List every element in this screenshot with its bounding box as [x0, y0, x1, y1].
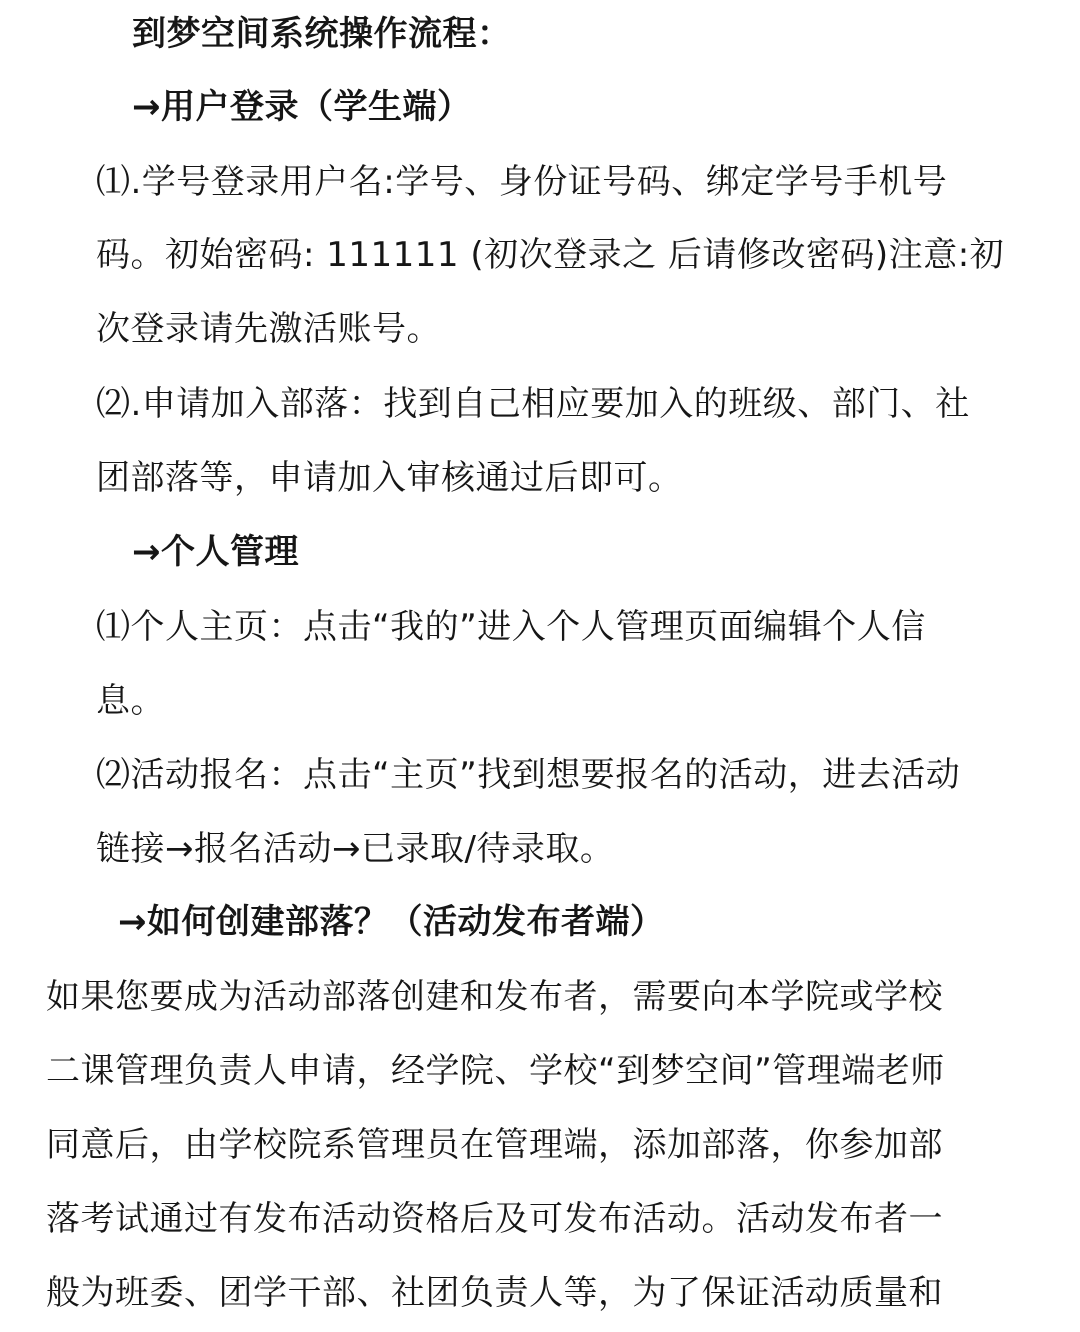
paragraph-line: ⑵.申请加入部落：找到自己相应要加入的班级、部门、社 — [96, 382, 970, 426]
paragraph-line: 息。 — [96, 679, 165, 723]
paragraph-line: ⑴个人主页：点击“我的”进入个人管理页面编辑个人信 — [96, 605, 926, 649]
section-heading-user-login: →用户登录（学生端） — [132, 85, 472, 129]
paragraph-line: ⑵活动报名：点击“主页”找到想要报名的活动，进去活动 — [96, 753, 960, 797]
section-heading-personal-management: →个人管理 — [132, 530, 299, 574]
paragraph-line: 链接→报名活动→已录取/待录取。 — [96, 827, 614, 871]
paragraph-line: 次登录请先激活账号。 — [96, 307, 441, 351]
paragraph-line: 团部落等，申请加入审核通过后即可。 — [96, 456, 683, 500]
paragraph-line: ⑴.学号登录用户名:学号、身份证号码、绑定学号手机号 — [96, 160, 947, 204]
paragraph-line: 般为班委、团学干部、社团负责人等，为了保证活动质量和 — [46, 1271, 943, 1315]
paragraph-line: 落考试通过有发布活动资格后及可发布活动。活动发布者一 — [46, 1197, 943, 1241]
paragraph-line: 如果您要成为活动部落创建和发布者，需要向本学院或学校 — [46, 975, 943, 1019]
document-title: 到梦空间系统操作流程： — [132, 12, 512, 56]
paragraph-line: 二课管理负责人申请，经学院、学校“到梦空间”管理端老师 — [46, 1049, 945, 1093]
paragraph-line: 同意后，由学校院系管理员在管理端，添加部落，你参加部 — [46, 1123, 943, 1167]
paragraph-line: 码。初始密码: 111111 (初次登录之 后请修改密码)注意:初 — [96, 233, 1004, 277]
section-heading-create-tribe: →如何创建部落？（活动发布者端） — [118, 900, 665, 944]
